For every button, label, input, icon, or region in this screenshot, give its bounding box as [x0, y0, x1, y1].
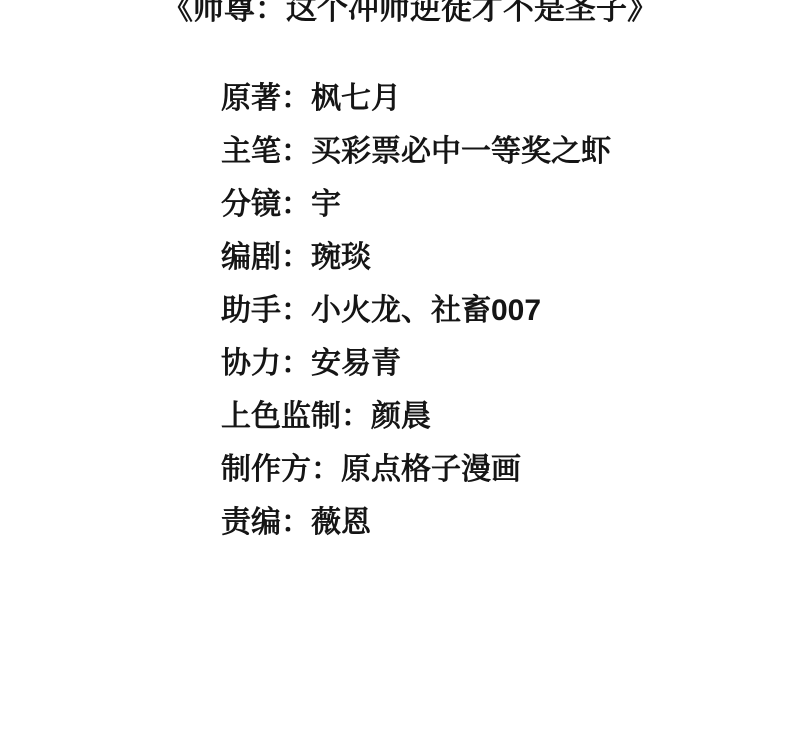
- credit-label: 主笔: [221, 135, 281, 168]
- credit-label: 制作方: [221, 453, 311, 486]
- credit-row-lead-artist: 主笔：买彩票必中一等奖之虾: [221, 125, 611, 178]
- credit-value: 安易青: [311, 347, 401, 380]
- credit-value: 原点格子漫画: [341, 453, 521, 486]
- credits-list: 原著：枫七月 主笔：买彩票必中一等奖之虾 分镜：宇 编剧：琬琰 助手：小火龙、社…: [221, 72, 611, 549]
- credit-row-assistants: 助手：小火龙、社畜007: [221, 284, 611, 337]
- credit-value: 枫七月: [311, 82, 401, 115]
- credit-label: 责编: [221, 506, 281, 539]
- comic-title: 《师尊：这个冲师逆徒才不是圣子》: [0, 0, 800, 24]
- credit-value: 颜晨: [371, 400, 431, 433]
- credit-row-support: 协力：安易青: [221, 337, 611, 390]
- colon-separator: ：: [281, 294, 311, 327]
- credit-value: 小火龙、社畜007: [311, 294, 541, 327]
- credit-value: 薇恩: [311, 506, 371, 539]
- credit-label: 原著: [221, 82, 281, 115]
- credit-label: 助手: [221, 294, 281, 327]
- credits-page: { "colors": { "background": "#ffffff", "…: [0, 0, 800, 756]
- colon-separator: ：: [341, 400, 371, 433]
- colon-separator: ：: [281, 506, 311, 539]
- credit-label: 分镜: [221, 188, 281, 221]
- credit-row-storyboard: 分镜：宇: [221, 178, 611, 231]
- colon-separator: ：: [281, 82, 311, 115]
- credit-row-production: 制作方：原点格子漫画: [221, 443, 611, 496]
- credit-label: 上色监制: [221, 400, 341, 433]
- credit-value: 买彩票必中一等奖之虾: [311, 135, 611, 168]
- colon-separator: ：: [311, 453, 341, 486]
- credit-row-editor: 责编：薇恩: [221, 496, 611, 549]
- credit-row-screenwriter: 编剧：琬琰: [221, 231, 611, 284]
- credit-row-coloring-supervisor: 上色监制：颜晨: [221, 390, 611, 443]
- colon-separator: ：: [281, 188, 311, 221]
- colon-separator: ：: [281, 347, 311, 380]
- credit-value: 琬琰: [311, 241, 371, 274]
- credit-label: 协力: [221, 347, 281, 380]
- colon-separator: ：: [281, 241, 311, 274]
- colon-separator: ：: [281, 135, 311, 168]
- credit-row-author: 原著：枫七月: [221, 72, 611, 125]
- credit-value: 宇: [311, 188, 341, 221]
- credit-label: 编剧: [221, 241, 281, 274]
